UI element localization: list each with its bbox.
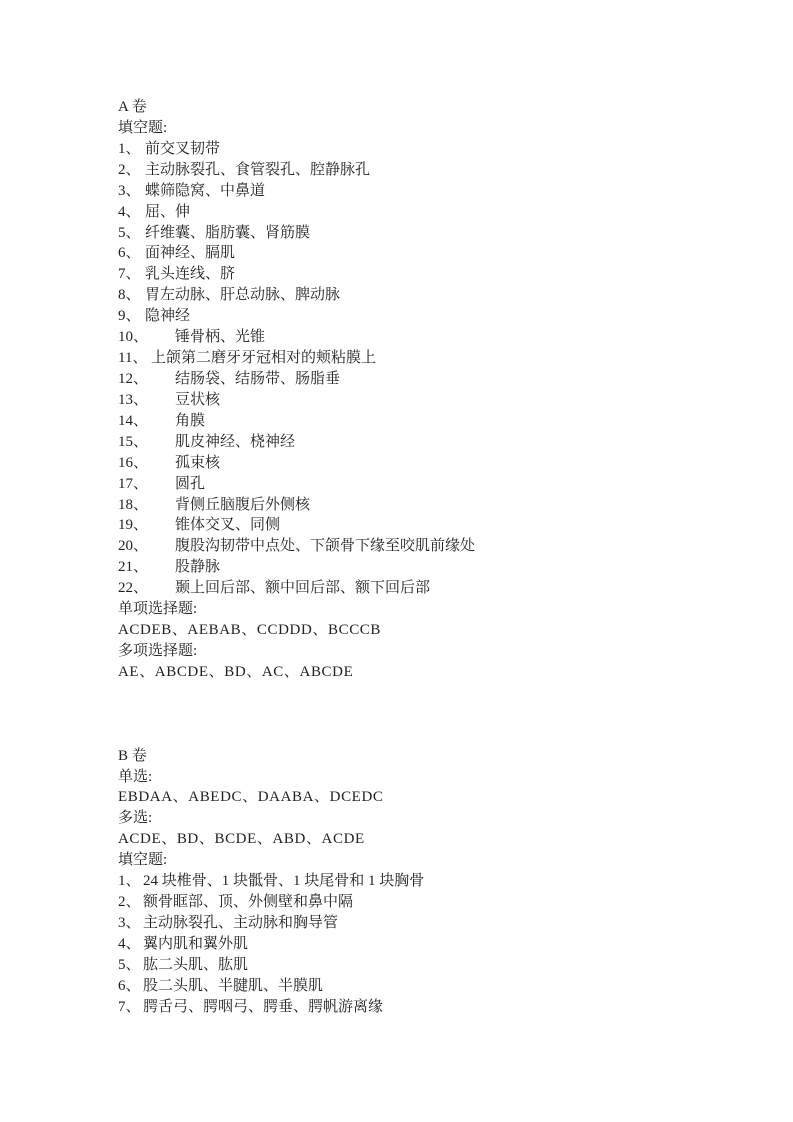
document-body: A 卷填空题:1、前交叉韧带2、主动脉裂孔、食管裂孔、腔静脉孔3、蝶筛隐窝、中鼻… bbox=[0, 0, 793, 1122]
fill-blank-header-line: 填空题: bbox=[118, 118, 743, 139]
answer-item: 6、股二头肌、半腱肌、半膜肌 bbox=[118, 976, 743, 997]
single-choice-answers-line: EBDAA、ABEDC、DAABA、DCEDC bbox=[118, 787, 743, 808]
item-number: 1、 bbox=[118, 871, 141, 892]
item-number: 17、 bbox=[118, 474, 148, 495]
multi-choice-header-line: 多项选择题: bbox=[118, 641, 743, 662]
answer-item: 10、锤骨柄、光锥 bbox=[118, 327, 743, 348]
item-text: 胃左动脉、肝总动脉、脾动脉 bbox=[145, 285, 340, 306]
section-a-answers: A 卷填空题:1、前交叉韧带2、主动脉裂孔、食管裂孔、腔静脉孔3、蝶筛隐窝、中鼻… bbox=[118, 97, 743, 683]
answer-item: 21、股静脉 bbox=[118, 557, 743, 578]
item-number: 19、 bbox=[118, 515, 148, 536]
multi-choice-header: 多选: bbox=[118, 808, 152, 829]
section-title-line: B 卷 bbox=[118, 746, 743, 767]
multi-choice-answers: ACDE、BD、BCDE、ABD、ACDE bbox=[118, 829, 365, 850]
single-choice-header-line: 单选: bbox=[118, 767, 743, 788]
answer-item: 20、腹股沟韧带中点处、下颌骨下缘至咬肌前缘处 bbox=[118, 536, 743, 557]
answer-item: 5、肱二头肌、肱肌 bbox=[118, 955, 743, 976]
answer-item: 7、腭舌弓、腭咽弓、腭垂、腭帆游离缘 bbox=[118, 997, 743, 1018]
answer-item: 1、前交叉韧带 bbox=[118, 139, 743, 160]
answer-item: 12、结肠袋、结肠带、肠脂垂 bbox=[118, 369, 743, 390]
item-number: 4、 bbox=[118, 202, 141, 223]
item-number: 2、 bbox=[118, 160, 141, 181]
section-title-line: A 卷 bbox=[118, 97, 743, 118]
item-text: 纤维囊、脂肪囊、肾筋膜 bbox=[145, 223, 310, 244]
document-page: { "document": { "text_color": "#1f1f1f",… bbox=[0, 0, 793, 1122]
answer-item: 14、角膜 bbox=[118, 411, 743, 432]
answer-item: 13、豆状核 bbox=[118, 390, 743, 411]
item-text: 主动脉裂孔、食管裂孔、腔静脉孔 bbox=[145, 160, 370, 181]
item-text: 前交叉韧带 bbox=[145, 139, 220, 160]
multi-choice-answers-line: ACDE、BD、BCDE、ABD、ACDE bbox=[118, 829, 743, 850]
item-text: 蝶筛隐窝、中鼻道 bbox=[145, 181, 265, 202]
item-text: 股静脉 bbox=[175, 557, 220, 578]
item-text: 主动脉裂孔、主动脉和胸导管 bbox=[143, 913, 338, 934]
item-number: 4、 bbox=[118, 934, 141, 955]
item-text: 上颌第二磨牙牙冠相对的颊粘膜上 bbox=[151, 348, 376, 369]
single-choice-header: 单项选择题: bbox=[118, 599, 197, 620]
multi-choice-header-line: 多选: bbox=[118, 808, 743, 829]
answer-item: 1、24 块椎骨、1 块骶骨、1 块尾骨和 1 块胸骨 bbox=[118, 871, 743, 892]
answer-item: 2、额骨眶部、顶、外侧壁和鼻中隔 bbox=[118, 892, 743, 913]
item-number: 6、 bbox=[118, 243, 141, 264]
item-text: 背侧丘脑腹后外侧核 bbox=[175, 495, 310, 516]
item-text: 额骨眶部、顶、外侧壁和鼻中隔 bbox=[143, 892, 353, 913]
answer-item: 17、圆孔 bbox=[118, 474, 743, 495]
item-text: 隐神经 bbox=[145, 306, 190, 327]
item-number: 5、 bbox=[118, 955, 141, 976]
item-text: 翼内肌和翼外肌 bbox=[143, 934, 248, 955]
item-text: 乳头连线、脐 bbox=[145, 264, 235, 285]
item-text: 24 块椎骨、1 块骶骨、1 块尾骨和 1 块胸骨 bbox=[143, 871, 424, 892]
answer-item: 6、面神经、膈肌 bbox=[118, 243, 743, 264]
item-text: 屈、伸 bbox=[145, 202, 190, 223]
answer-item: 4、翼内肌和翼外肌 bbox=[118, 934, 743, 955]
item-number: 7、 bbox=[118, 997, 141, 1018]
item-number: 11、 bbox=[118, 348, 147, 369]
item-number: 3、 bbox=[118, 913, 141, 934]
section-b-answers: B 卷单选:EBDAA、ABEDC、DAABA、DCEDC多选:ACDE、BD、… bbox=[118, 746, 743, 1018]
item-number: 9、 bbox=[118, 306, 141, 327]
single-choice-header-line: 单项选择题: bbox=[118, 599, 743, 620]
answer-item: 7、乳头连线、脐 bbox=[118, 264, 743, 285]
item-number: 3、 bbox=[118, 181, 141, 202]
single-choice-header: 单选: bbox=[118, 767, 152, 788]
item-number: 12、 bbox=[118, 369, 148, 390]
fill-blank-header-line: 填空题: bbox=[118, 850, 743, 871]
item-text: 圆孔 bbox=[175, 474, 205, 495]
item-text: 面神经、膈肌 bbox=[145, 243, 235, 264]
item-text: 豆状核 bbox=[175, 390, 220, 411]
item-number: 13、 bbox=[118, 390, 148, 411]
multi-choice-answers-line: AE、ABCDE、BD、AC、ABCDE bbox=[118, 662, 743, 683]
item-text: 角膜 bbox=[175, 411, 205, 432]
item-number: 2、 bbox=[118, 892, 141, 913]
item-number: 14、 bbox=[118, 411, 148, 432]
item-text: 孤束核 bbox=[175, 453, 220, 474]
item-number: 16、 bbox=[118, 453, 148, 474]
section-title: B 卷 bbox=[118, 746, 147, 767]
item-text: 股二头肌、半腱肌、半膜肌 bbox=[143, 976, 323, 997]
answer-item: 16、孤束核 bbox=[118, 453, 743, 474]
item-number: 6、 bbox=[118, 976, 141, 997]
item-text: 颞上回后部、额中回后部、额下回后部 bbox=[175, 578, 430, 599]
answer-item: 18、背侧丘脑腹后外侧核 bbox=[118, 495, 743, 516]
answer-item: 19、锥体交叉、同侧 bbox=[118, 515, 743, 536]
answer-item: 3、主动脉裂孔、主动脉和胸导管 bbox=[118, 913, 743, 934]
answer-item: 3、蝶筛隐窝、中鼻道 bbox=[118, 181, 743, 202]
fill-blank-header: 填空题: bbox=[118, 850, 167, 871]
answer-item: 2、主动脉裂孔、食管裂孔、腔静脉孔 bbox=[118, 160, 743, 181]
answer-item: 15、肌皮神经、桡神经 bbox=[118, 432, 743, 453]
answer-item: 5、纤维囊、脂肪囊、肾筋膜 bbox=[118, 223, 743, 244]
answer-item: 4、屈、伸 bbox=[118, 202, 743, 223]
multi-choice-answers: AE、ABCDE、BD、AC、ABCDE bbox=[118, 662, 353, 683]
answer-item: 11、上颌第二磨牙牙冠相对的颊粘膜上 bbox=[118, 348, 743, 369]
item-text: 腹股沟韧带中点处、下颌骨下缘至咬肌前缘处 bbox=[175, 536, 475, 557]
item-number: 1、 bbox=[118, 139, 141, 160]
single-choice-answers-line: ACDEB、AEBAB、CCDDD、BCCCB bbox=[118, 620, 743, 641]
single-choice-answers: ACDEB、AEBAB、CCDDD、BCCCB bbox=[118, 620, 381, 641]
section-title: A 卷 bbox=[118, 97, 147, 118]
item-number: 7、 bbox=[118, 264, 141, 285]
item-number: 15、 bbox=[118, 432, 148, 453]
item-number: 20、 bbox=[118, 536, 148, 557]
item-text: 肌皮神经、桡神经 bbox=[175, 432, 295, 453]
answer-item: 22、颞上回后部、额中回后部、额下回后部 bbox=[118, 578, 743, 599]
fill-blank-header: 填空题: bbox=[118, 118, 167, 139]
item-number: 5、 bbox=[118, 223, 141, 244]
item-number: 18、 bbox=[118, 495, 148, 516]
item-text: 结肠袋、结肠带、肠脂垂 bbox=[175, 369, 340, 390]
item-number: 8、 bbox=[118, 285, 141, 306]
item-text: 锤骨柄、光锥 bbox=[175, 327, 265, 348]
item-number: 10、 bbox=[118, 327, 148, 348]
item-text: 锥体交叉、同侧 bbox=[175, 515, 280, 536]
single-choice-answers: EBDAA、ABEDC、DAABA、DCEDC bbox=[118, 787, 383, 808]
answer-item: 8、胃左动脉、肝总动脉、脾动脉 bbox=[118, 285, 743, 306]
section-gap bbox=[118, 683, 743, 746]
item-number: 21、 bbox=[118, 557, 148, 578]
item-text: 肱二头肌、肱肌 bbox=[143, 955, 248, 976]
item-text: 腭舌弓、腭咽弓、腭垂、腭帆游离缘 bbox=[143, 997, 383, 1018]
answer-item: 9、隐神经 bbox=[118, 306, 743, 327]
multi-choice-header: 多项选择题: bbox=[118, 641, 197, 662]
item-number: 22、 bbox=[118, 578, 148, 599]
